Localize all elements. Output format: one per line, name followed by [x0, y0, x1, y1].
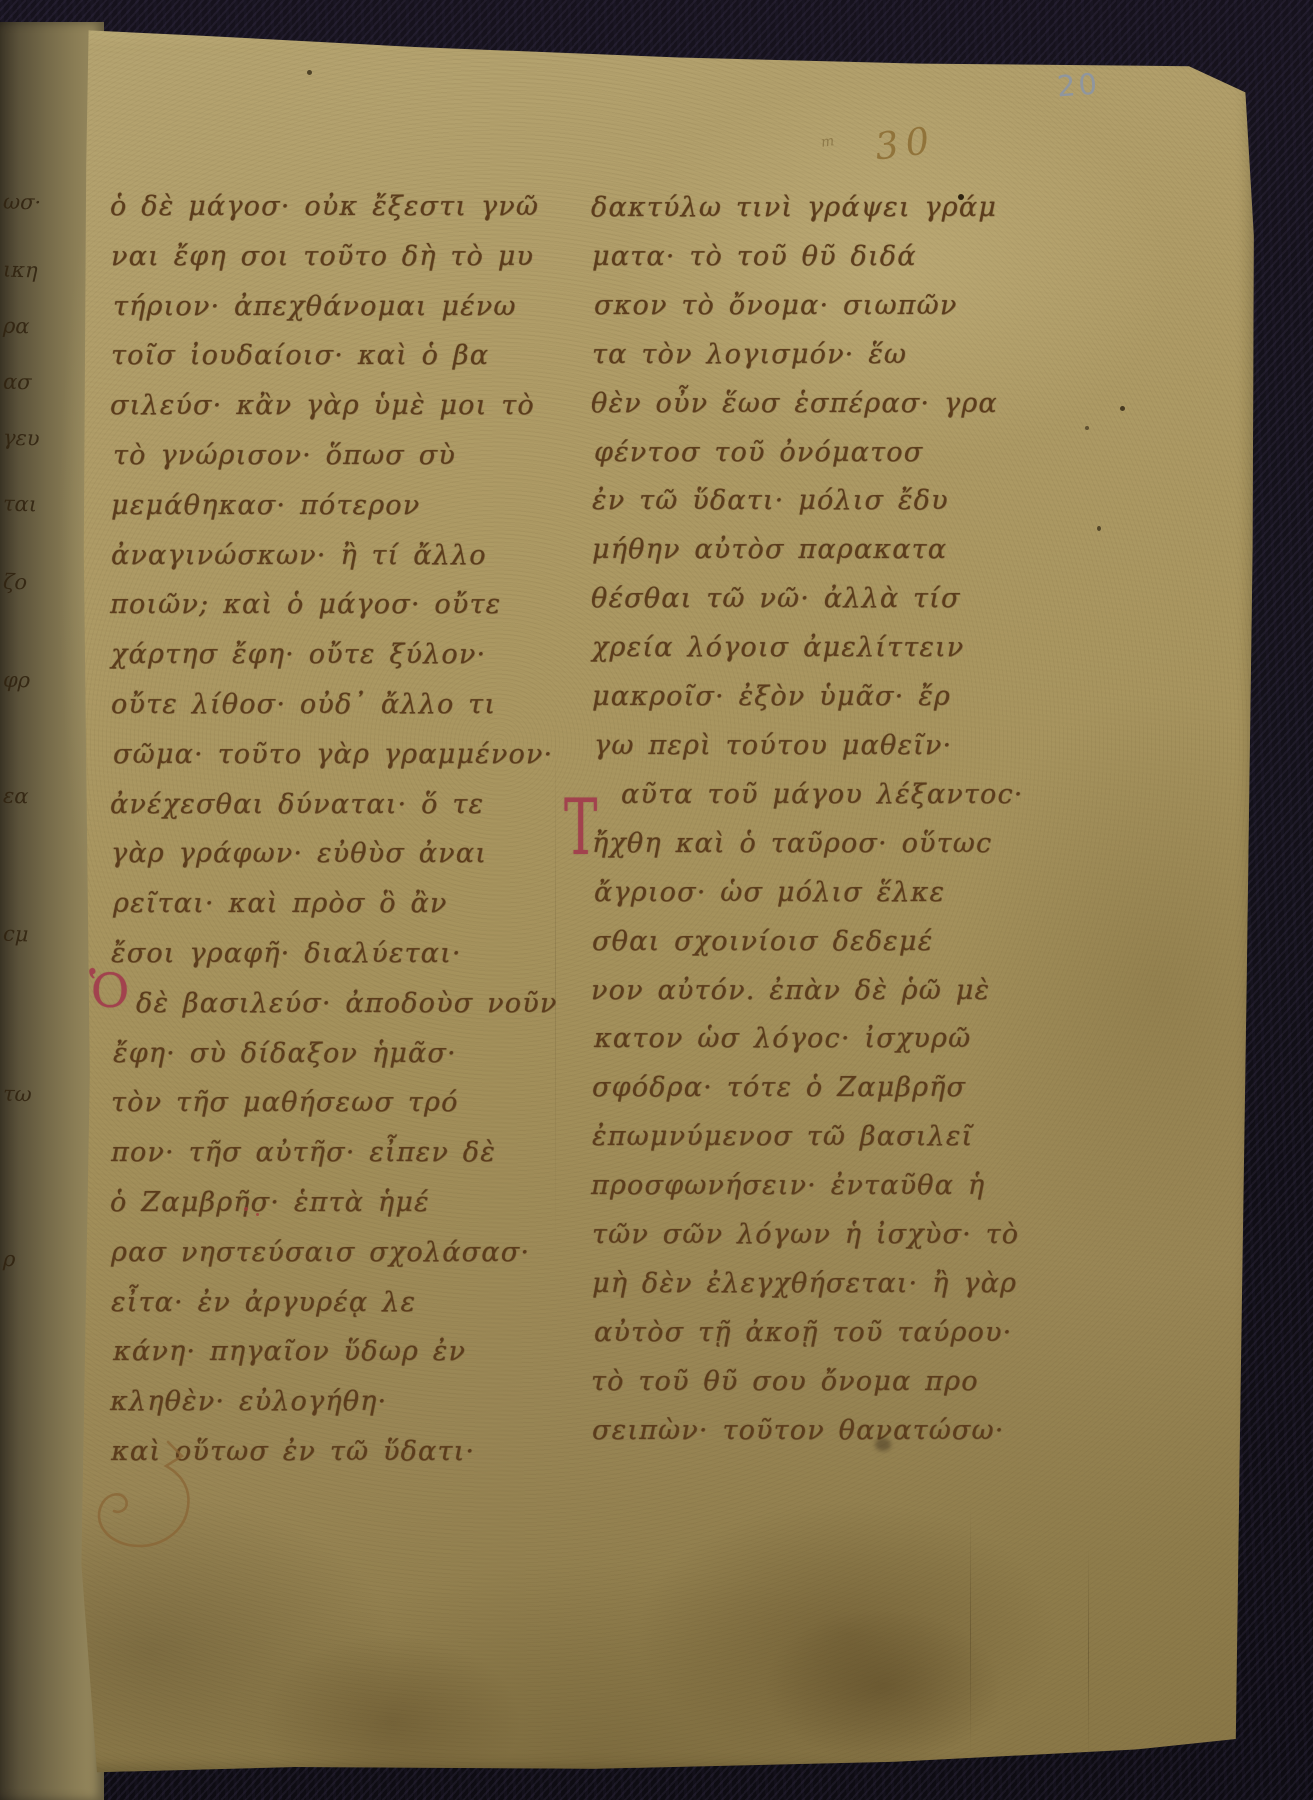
text-line: τῶν σῶν λόγων ἡ ἰσχὺσ· τὸ: [592, 1211, 1032, 1260]
rubric-initial-tau: Τ: [564, 783, 597, 873]
ink-speck: [307, 70, 312, 75]
text-line: κληθὲν· εὐλογήθη·: [110, 1377, 495, 1427]
text-line: δὲ βασιλεύσ· ἀποδοὺσ νοῦν: [136, 979, 495, 1029]
text-line: μὴ δὲν ἐλεγχθήσεται· ἢ γὰρ: [592, 1260, 1032, 1309]
folio-number-pencil: 20: [1056, 67, 1101, 104]
parchment-crease: [555, 696, 556, 1256]
red-ink-speck: [256, 1213, 259, 1216]
text-line: τοῖσ ἰουδαίοισ· καὶ ὁ βα: [111, 331, 496, 381]
text-line: γὰρ γράφων· εὐθὺσ ἀναι: [111, 829, 496, 879]
text-column-right: δακτύλω τινὶ γράψει γράμ ματα· τὸ τοῦ θῦ…: [592, 184, 1032, 1456]
stain-smudge: [875, 1438, 891, 1451]
text-line: θὲν οὖν ἕωσ ἑσπέρασ· γρα: [591, 380, 1031, 429]
text-line: ἐπωμνύμενοσ τῶ βασιλεῖ: [592, 1113, 1032, 1162]
text-column-left: ὁ δὲ μάγοσ· οὐκ ἔξεστι γνῶ ναι ἔφη σοι τ…: [111, 182, 496, 1477]
text-line: τήριον· ἀπεχθάνομαι μένω: [113, 282, 498, 332]
text-line: σκον τὸ ὄνομα· σιωπῶν: [594, 282, 1034, 331]
ink-speck: [1120, 406, 1125, 411]
text-line: τα τὸν λογισμόν· ἕω: [592, 331, 1032, 380]
text-line: ἀνέχεσθαι δύναται· ὅ τε: [110, 780, 495, 830]
text-line: νον αὐτόν. ἐπὰν δὲ ῥῶ μὲ: [591, 967, 1031, 1016]
text-line: σειπὼν· τοῦτον θανατώσω·: [592, 1407, 1032, 1456]
text-line: ὁ Ζαμβρῆσ· ἑπτὰ ἡμέ: [110, 1178, 495, 1228]
text-line: αὐτὸσ τῇ ἀκοῇ τοῦ ταύρου·: [594, 1309, 1034, 1358]
gutter-text-fragment: ρα: [3, 314, 30, 339]
gutter-text-fragment: τω: [3, 1082, 32, 1107]
text-line: ἤχθη καὶ ὁ ταῦροσ· οὕτωϲ: [592, 820, 1032, 869]
text-line: ρεῖται· καὶ πρὸσ ὃ ἂν: [113, 879, 498, 929]
text-line: αῦτα τοῦ μάγου λέξαντοϲ·: [621, 771, 1031, 820]
gutter-text-fragment: ται: [3, 492, 38, 517]
text-line: φέντοσ τοῦ ὀνόματοσ: [594, 429, 1034, 478]
gutter-text-fragment: ρ: [3, 1247, 16, 1271]
parchment-page: 20 30 m ὁ δὲ μάγοσ· οὐκ ἔξεστι γνῶ ναι ἔ…: [55, 26, 1255, 1774]
folio-number-ink: 30: [873, 118, 939, 168]
text-line: χρεία λόγοισ ἀμελίττειν: [592, 624, 1032, 673]
text-line: θέσθαι τῶ νῶ· ἀλλὰ τίσ: [591, 575, 1031, 624]
gutter-text-fragment: εα: [3, 784, 29, 809]
text-line: τὸ γνώρισον· ὅπωσ σὺ: [113, 431, 498, 481]
parchment-crease: [970, 1506, 971, 1756]
text-line: οὔτε λίθοσ· οὐδ᾽ ἄλλο τι: [111, 680, 496, 730]
gutter-text-fragment: φρ: [3, 668, 31, 693]
text-line: τὸ τοῦ θῦ σου ὄνομα προ: [591, 1358, 1031, 1407]
text-line: κατον ὡσ λόγοϲ· ἰσχυρῶ: [594, 1015, 1034, 1064]
text-line: ἀναγινώσκων· ἢ τί ἄλλο: [111, 531, 496, 581]
text-line: ἐν τῶ ὕδατι· μόλισ ἔδυ: [592, 477, 1032, 526]
text-line: σῶμα· τοῦτο γὰρ γραμμένον·: [113, 730, 498, 780]
text-line: προσφωνήσειν· ἐνταῦθα ἡ: [591, 1162, 1031, 1211]
rubric-initial-omicron: Ὁ: [89, 964, 129, 1019]
text-line: πον· τῆσ αὐτῆσ· εἶπεν δὲ: [111, 1128, 496, 1178]
gutter-text-fragment: γευ: [3, 426, 40, 451]
text-line: γω περὶ τούτου μαθεῖν·: [594, 722, 1034, 771]
gutter-text-fragment: ϲμ: [3, 922, 29, 947]
text-line: ἔσοι γραφῆ· διαλύεται·: [111, 929, 496, 979]
pen-flourish: [63, 1428, 303, 1568]
ink-speck: [1097, 526, 1101, 531]
gutter-text-fragment: ωσ·: [3, 190, 42, 215]
text-line: σιλεύσ· κἂν γὰρ ὑμὲ μοι τὸ: [110, 381, 495, 431]
text-line: ὁ δὲ μάγοσ· οὐκ ἔξεστι γνῶ: [110, 182, 495, 232]
parchment-crease: [1088, 1546, 1089, 1761]
text-line: εἶτα· ἐν ἀργυρέᾳ λε: [111, 1278, 496, 1328]
text-line: ματα· τὸ τοῦ θῦ διδά: [592, 233, 1032, 282]
text-line: μεμάθηκασ· πότερον: [111, 481, 496, 531]
ink-speck: [1085, 426, 1089, 430]
text-line: ἔφη· σὺ δίδαξον ἡμᾶσ·: [113, 1029, 498, 1079]
text-line: ρασ νηστεύσαισ σχολάσασ·: [111, 1228, 496, 1278]
text-line: μακροῖσ· ἐξὸν ὑμᾶσ· ἔρ: [592, 673, 1032, 722]
text-line: τὸν τῆσ μαθήσεωσ τρό: [111, 1078, 496, 1128]
stray-pencil-mark: m: [820, 133, 835, 151]
text-line: δακτύλω τινὶ γράψει γράμ: [591, 184, 1031, 233]
text-line: σθαι σχοινίοισ δεδεμέ: [592, 918, 1032, 967]
red-ink-speck: [244, 1207, 248, 1211]
gutter-text-fragment: ζο: [3, 570, 28, 595]
gutter-text-fragment: ικη: [3, 258, 38, 283]
text-line: ναι ἔφη σοι τοῦτο δὴ τὸ μυ: [111, 232, 496, 282]
text-line: ἄγριοσ· ὡσ μόλισ ἕλκε: [594, 869, 1034, 918]
text-line: ποιῶν; καὶ ὁ μάγοσ· οὔτε: [110, 580, 495, 630]
text-line: μήθην αὐτὸσ παρακατα: [592, 526, 1032, 575]
manuscript-photo: ωσ· ικη ρα ασ γευ ται ζο φρ εα ϲμ τω ρ 2…: [0, 0, 1313, 1800]
text-line: κάνη· πηγαῖον ὕδωρ ἐν: [113, 1327, 498, 1377]
gutter-text-fragment: ασ: [3, 370, 32, 395]
ink-speck: [958, 194, 964, 200]
text-line: χάρτησ ἔφη· οὔτε ξύλον·: [111, 630, 496, 680]
text-line: σφόδρα· τότε ὁ Ζαμβρῆσ: [592, 1064, 1032, 1113]
